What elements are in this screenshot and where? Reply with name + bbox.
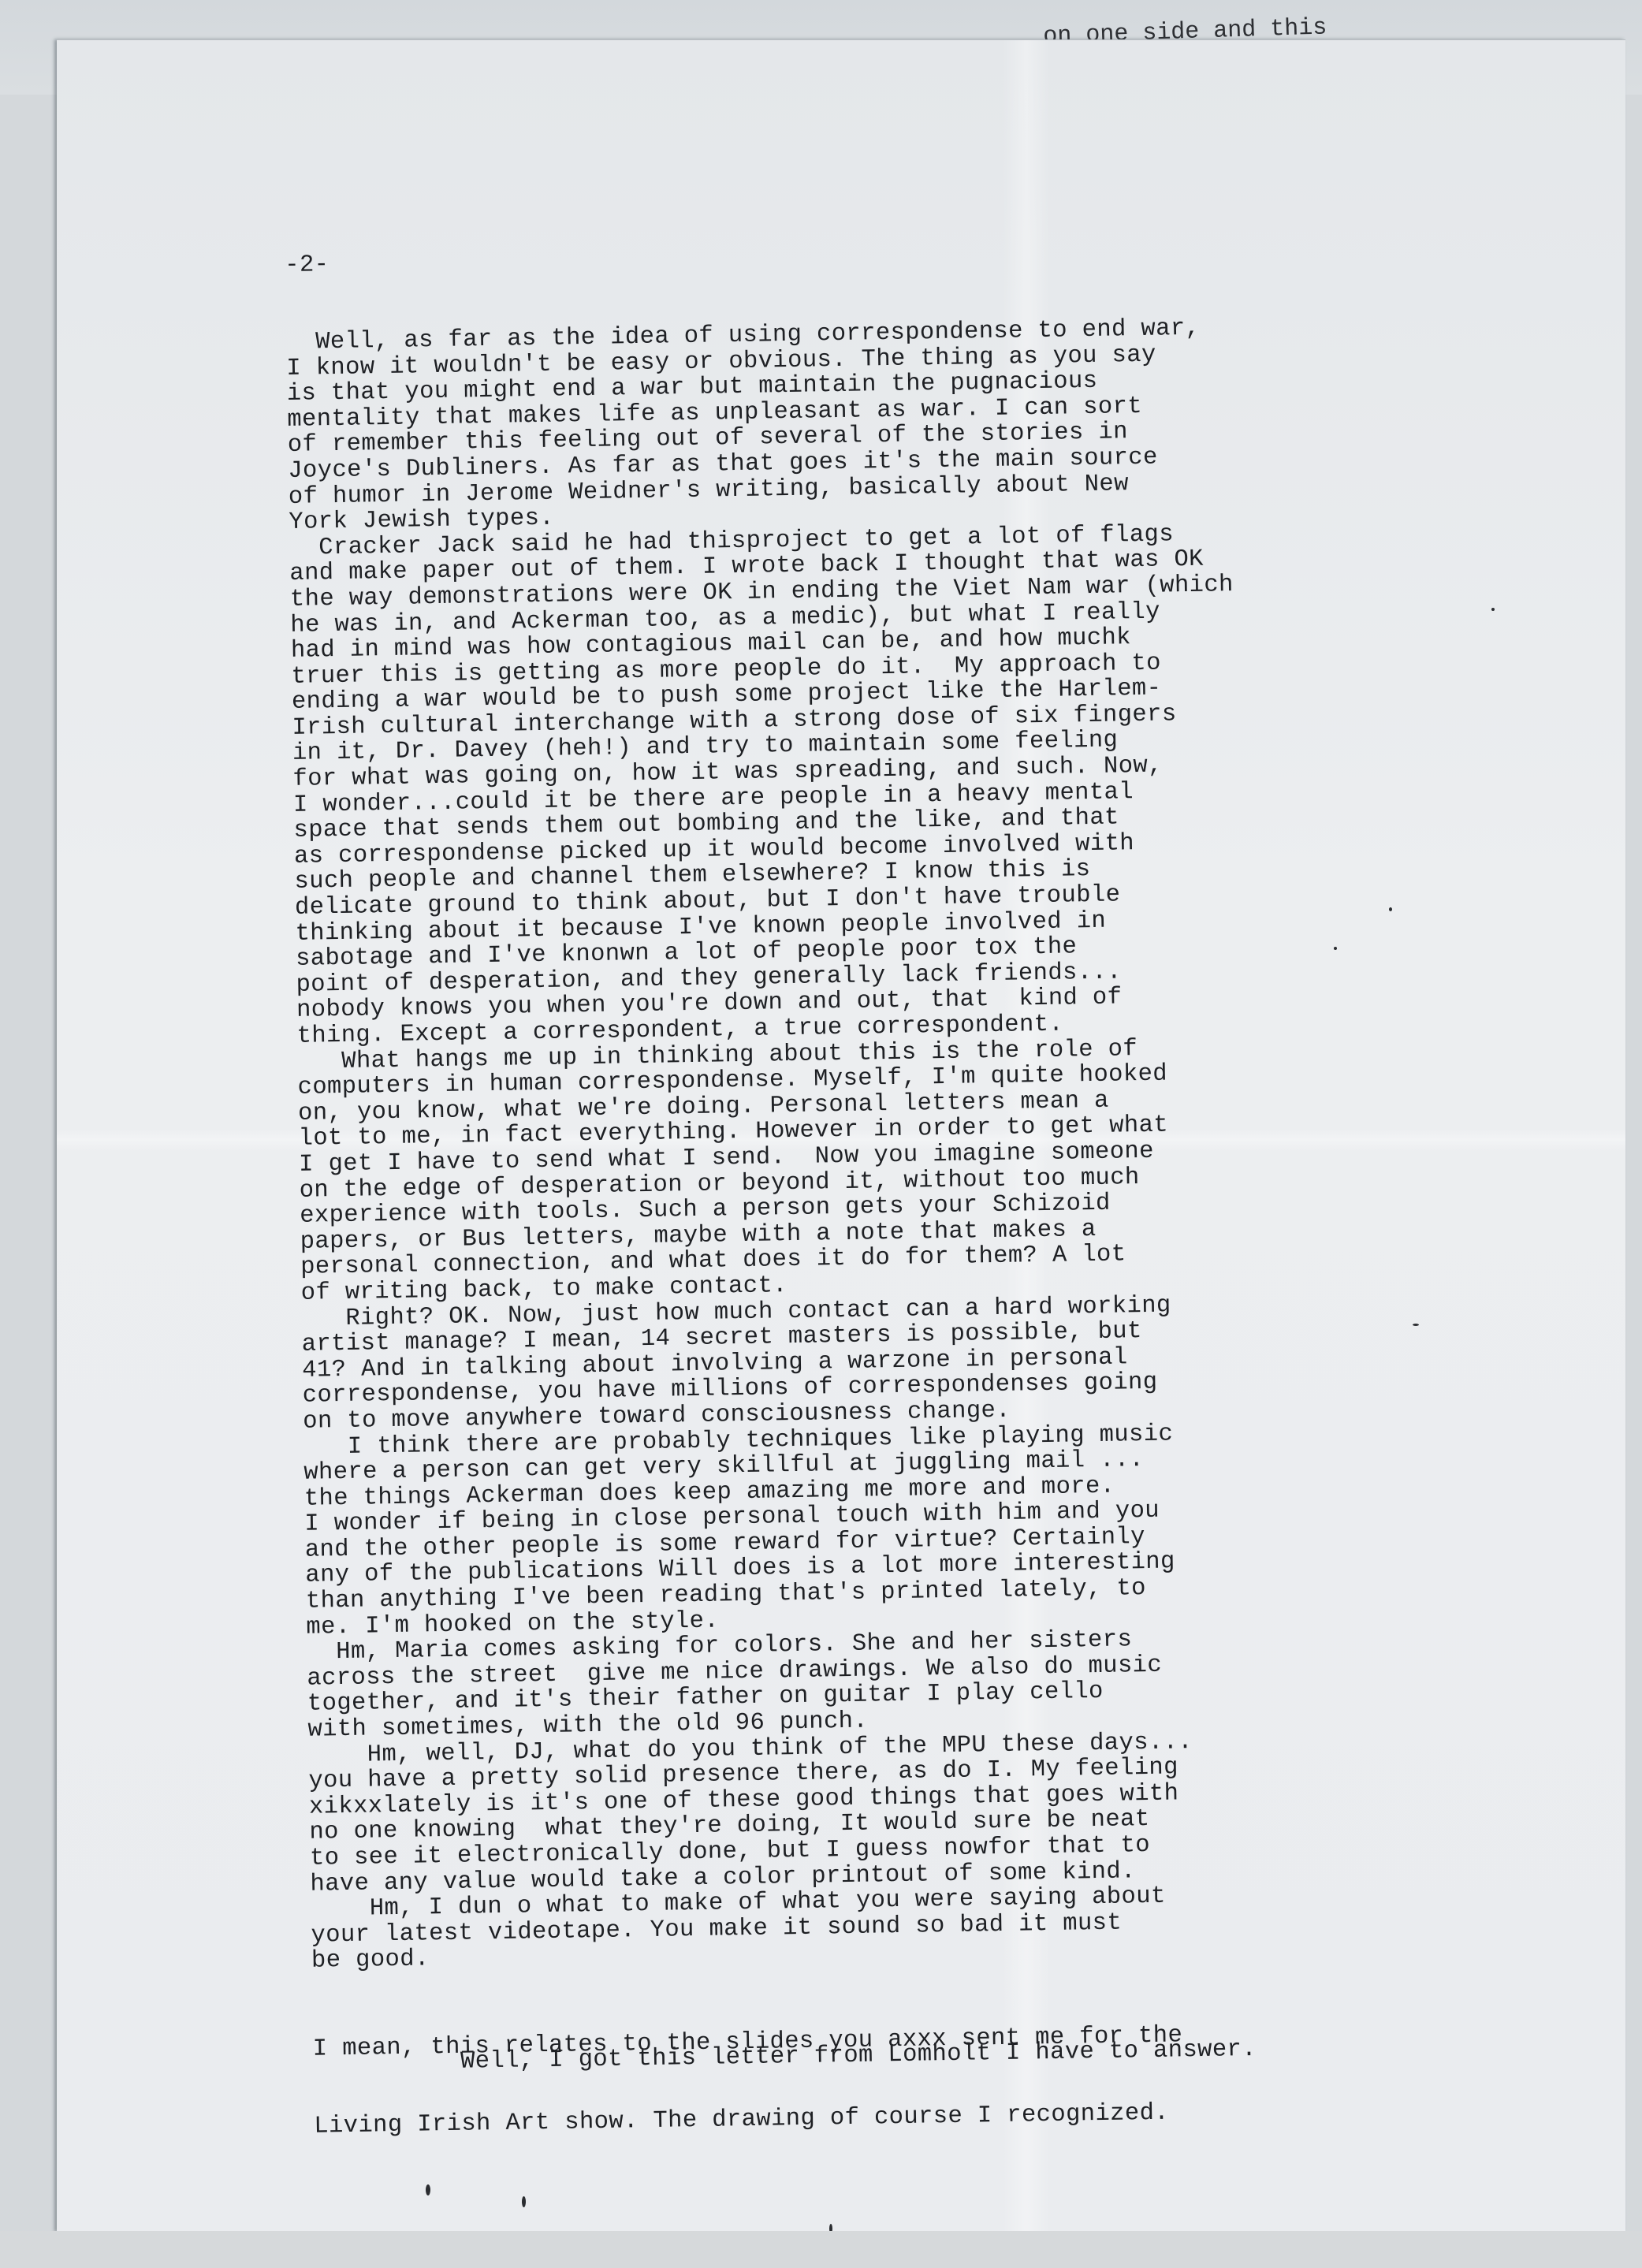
page-number: -2-	[285, 238, 1228, 278]
overlap-lower-line-2: Living Irish Art show. The drawing of co…	[314, 2099, 1257, 2140]
ink-speck	[1389, 907, 1392, 911]
overlapping-lines: Well, I got this letter from Lomholt I h…	[312, 2011, 1256, 2051]
ink-speck	[426, 2184, 430, 2195]
ink-speck	[522, 2196, 526, 2207]
letter-body: -2- Well, as far as the idea of using co…	[284, 187, 1258, 2166]
body-lines: Well, as far as the idea of using corres…	[286, 315, 1256, 1975]
surface-below-page	[0, 2231, 1642, 2268]
ink-speck	[1413, 1324, 1419, 1326]
ink-speck	[1491, 608, 1495, 611]
ink-speck	[1334, 947, 1337, 950]
